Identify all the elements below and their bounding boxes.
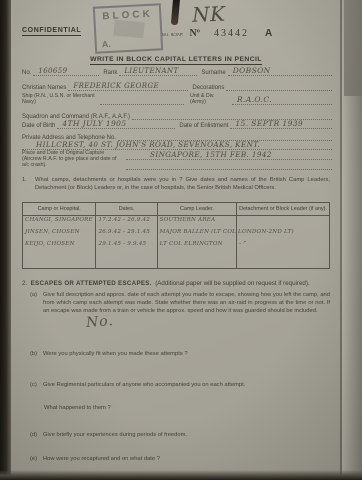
table-filler-cell	[96, 252, 157, 268]
unit-value: R.A.O.C.	[232, 95, 332, 105]
mi9-label: M.I. 9/JAP.	[162, 32, 183, 37]
no-field-label: No.	[22, 70, 31, 76]
rank-field-value: LIEUTENANT	[119, 66, 197, 76]
question-2a-text: Give full description and approx. date o…	[43, 292, 330, 315]
row-christian-decorations: Christian Names FREDERICK GEORGE Decorat…	[22, 81, 332, 91]
question-2d-label: (d)	[30, 432, 43, 440]
confidential-marking: CONFIDENTIAL	[22, 27, 81, 36]
block-rubber-stamp: BLOCK A.	[93, 3, 163, 53]
private-address-line2: HILLCREST, 40 ST. JOHN'S ROAD, SEVENOAKS…	[22, 140, 332, 150]
question-2c: (c) Give Regimental particulars of anyon…	[30, 382, 328, 390]
rank-field-label: Rank	[103, 70, 117, 76]
row-capture: Place and Date of Original Capture (Airc…	[22, 150, 332, 170]
bottom-desk-edge	[0, 470, 362, 480]
question-2b-text: Were you physically fit when you made th…	[43, 351, 328, 359]
row-no-rank-surname: No. 160659 Rank LIEUTENANT Surname DOBSO…	[22, 66, 332, 76]
table-cell: 17.2.42 - 26.9.42	[96, 216, 157, 228]
table-filler-cell	[23, 252, 96, 268]
no-label: Nº	[189, 28, 200, 39]
section-2-number: 2.	[22, 280, 27, 287]
question-2b: (b) Were you physically fit when you mad…	[30, 351, 328, 359]
date-of-enlistment-value: 15. SEPTR 1939	[230, 119, 332, 129]
left-binding-edge	[0, 0, 11, 480]
surname-field-label: Surname	[201, 70, 225, 76]
surname-field-value: DOBSON	[228, 66, 332, 76]
question-2a-label: (a)	[30, 292, 43, 315]
section-2-heading: 2. ESCAPES OR ATTEMPTED ESCAPES. (Additi…	[22, 280, 330, 287]
table-cell: MAJOR BALLEN (LT COL LONDON-2ND LT)	[158, 228, 238, 240]
table-cell: SOUTHERN AREA	[158, 216, 238, 228]
capture-label-block: Place and Date of Original Capture (Airc…	[22, 150, 126, 168]
table-filler-cell	[158, 252, 238, 268]
question-2e-text: How were you recaptured and on what date…	[43, 456, 328, 464]
col-header-leader: Camp Leader.	[158, 203, 238, 216]
stamp-smear	[113, 20, 144, 39]
unit-label: Unit & Div. (Army)	[190, 93, 230, 105]
table-cell: LT COL ELRINGTON	[158, 240, 238, 252]
table-row: CHANGI, SINGAPORE	[23, 216, 96, 228]
date-of-birth-value: 4TH JULY 1905	[57, 119, 175, 129]
ship-label: Ship (R.N., U.S.N. or Merchant Navy)	[22, 93, 98, 105]
table-cell: 26.9.42 - 29.1.45	[96, 228, 157, 240]
camps-table: Camp or Hospital. Dates. Camp Leader. De…	[22, 202, 330, 269]
question-1: 1. What camps, detachments or hospitals …	[22, 177, 330, 193]
form-sheet: CONFIDENTIAL BLOCK A. NK M.I. 9/JAP. Nº …	[14, 0, 338, 480]
top-right-page-stack	[344, 0, 362, 96]
row-private-address-value: HILLCREST, 40 ST. JOHN'S ROAD, SEVENOAKS…	[22, 140, 332, 150]
col-header-dates: Dates.	[96, 203, 157, 216]
page-fold-line	[340, 0, 342, 480]
question-2d-text: Give briefly your experiences during per…	[43, 432, 328, 440]
table-cell	[237, 216, 329, 228]
capture-label-note: (Aircrew R.A.F. to give place and date o…	[22, 156, 124, 168]
ship-value	[100, 95, 184, 105]
section-2-note: (Additional paper will be supplied on re…	[155, 280, 309, 287]
table-row: JINSEN, CHOSEN	[23, 228, 96, 240]
capture-value-line2	[126, 160, 332, 170]
serial-number-row: M.I. 9/JAP. Nº 43442 A	[162, 28, 272, 39]
table-cell: - ”	[237, 240, 329, 252]
christian-names-label: Christian Names	[22, 85, 66, 91]
question-2c-text: Give Regimental particulars of anyone wh…	[43, 382, 328, 390]
question-1-number: 1.	[22, 177, 35, 193]
question-2e-label: (e)	[30, 456, 43, 464]
question-2a: (a) Give full description and approx. da…	[30, 292, 330, 315]
col-header-detachment: Detachment or Block Leader (if any).	[237, 203, 329, 216]
decorations-label: Decorations	[192, 85, 224, 91]
question-2c-label: (c)	[30, 382, 43, 390]
date-of-birth-label: Date of Birth	[22, 123, 55, 129]
row-ship-unit: Ship (R.N., U.S.N. or Merchant Navy) Uni…	[22, 93, 332, 105]
question-1-text: What camps, detachments or hospitals wer…	[35, 177, 330, 193]
scanned-pow-form-photo: CONFIDENTIAL BLOCK A. NK M.I. 9/JAP. Nº …	[0, 0, 362, 480]
stamp-letter: A.	[102, 39, 112, 49]
form-instruction-title: WRITE IN BLOCK CAPITAL LETTERS IN PENCIL	[14, 56, 338, 63]
capture-value-line1: SINGAPORE, 15TH FEB. 1942	[126, 150, 332, 160]
question-2e: (e) How were you recaptured and on what …	[30, 456, 328, 464]
date-of-enlistment-label: Date of Enlistment	[179, 123, 228, 129]
question-2d: (d) Give briefly your experiences during…	[30, 432, 328, 440]
question-2b-label: (b)	[30, 351, 43, 359]
handwritten-answer-no: No.	[85, 313, 114, 331]
christian-names-value: FREDERICK GEORGE	[68, 81, 188, 91]
table-filler-cell	[237, 252, 329, 268]
section-2-title: ESCAPES OR ATTEMPTED ESCAPES.	[31, 280, 152, 287]
question-2c-followup: What happened to them ?	[44, 405, 111, 411]
decorations-value	[226, 81, 332, 91]
table-cell: 29.1.45 - 9.9.45	[96, 240, 157, 252]
serial-number: 43442	[214, 28, 249, 39]
row-birth-enlistment: Date of Birth 4TH JULY 1905 Date of Enli…	[22, 119, 332, 129]
col-header-camp: Camp or Hospital.	[23, 203, 96, 216]
capture-value-block: SINGAPORE, 15TH FEB. 1942	[126, 150, 332, 170]
no-field-value: 160659	[33, 66, 99, 76]
table-row: KEIJO, CHOSEN	[23, 240, 96, 252]
serial-suffix: A	[265, 28, 272, 39]
